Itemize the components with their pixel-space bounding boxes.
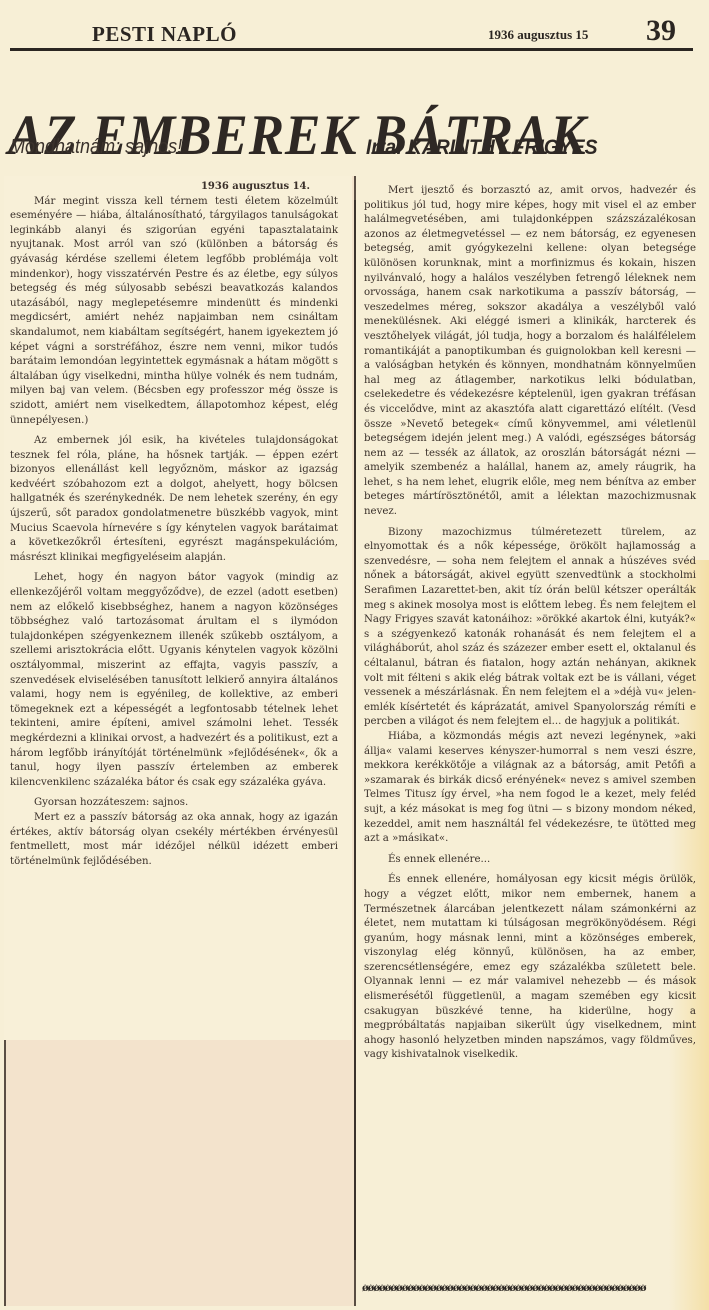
paragraph: Gyorsan hozzáteszem: sajnos. (10, 796, 338, 811)
paragraph: Bizony mazochizmus túlméretezett türelem… (364, 526, 696, 730)
paragraph: Lehet, hogy én nagyon bátor vagyok (mind… (10, 571, 338, 790)
masthead: PESTI NAPLÓ 1936 augusztus 15 39 (10, 14, 693, 51)
paragraph: Mert ez a passzív bátorság az oka annak,… (10, 811, 338, 869)
paragraph: Az embernek jól esik, ha kivételes tulaj… (10, 434, 338, 565)
page-number: 39 (646, 14, 676, 48)
end-ornament-rule: ǿǿǿǿǿǿǿǿǿǿǿǿǿǿǿǿǿǿǿǿǿǿǿǿǿǿǿǿǿǿǿǿǿǿǿǿǿǿǿǿ… (362, 1284, 698, 1294)
subtitle: Mondhatnám: sajnos! (10, 136, 182, 159)
article-right-column: Mert ijesztő és borzasztó az, amit orvos… (364, 184, 696, 1063)
paragraph: Hiába, a közmondás mégis azt nevezi legé… (364, 730, 696, 847)
article-left-column: 1936 augusztus 14. Már megint vissza kel… (10, 180, 338, 869)
column-divider (354, 200, 356, 1260)
issue-date: 1936 augusztus 15 (488, 27, 588, 43)
paragraph: Mert ijesztő és borzasztó az, amit orvos… (364, 184, 696, 520)
newspaper-name: PESTI NAPLÓ (92, 22, 237, 47)
paragraph: És ennek ellenére... (364, 853, 696, 868)
dateline: 1936 augusztus 14. (10, 180, 338, 195)
paragraph: És ennek ellenére, homályosan egy kicsit… (364, 873, 696, 1063)
byline: Irta: KARINTHY FRIGYES (366, 136, 598, 160)
paragraph: Már megint vissza kell térnem testi élet… (10, 195, 338, 429)
